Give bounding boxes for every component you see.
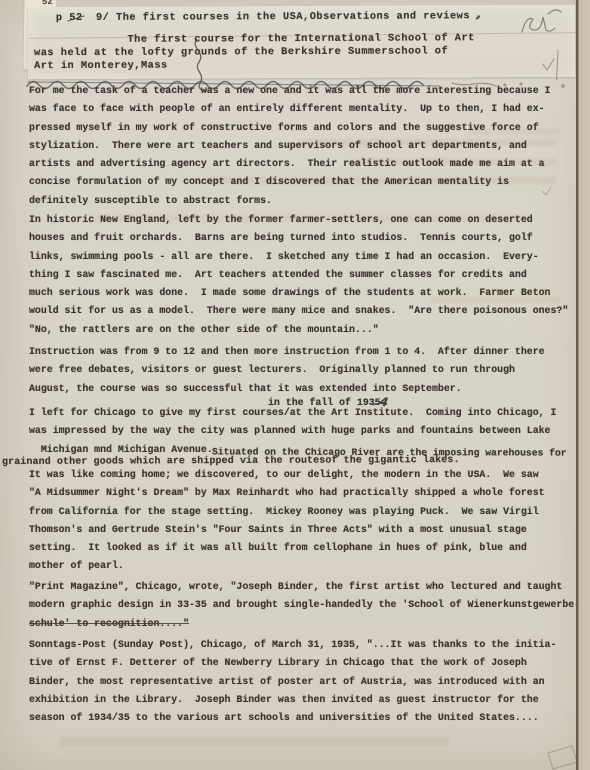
slip-paragraph: The first course for the International S… bbox=[34, 32, 475, 72]
paragraph-3: Instruction was from 9 to 12 and then mo… bbox=[29, 343, 545, 398]
paragraph-4-continued: It was like coming home; we discovered, … bbox=[29, 466, 545, 576]
bottom-corner-pencil-mark bbox=[548, 746, 577, 769]
page-number-struck: 52 bbox=[69, 12, 82, 25]
pasted-slip: p 52 9/ The first courses in the USA,Obs… bbox=[28, 5, 575, 79]
typescript-manuscript-page: 52 p 52 9/ The first courses in the USA,… bbox=[0, 0, 590, 770]
pencil-comma-mark: , bbox=[476, 9, 484, 23]
bleed-through-smudge bbox=[59, 737, 450, 746]
page-edge-shadow bbox=[576, 0, 590, 770]
header-title: 9/ The first courses in the USA,Observat… bbox=[83, 10, 470, 24]
header-prefix: p bbox=[56, 12, 69, 24]
paragraph-2: In historic New England, left by the for… bbox=[29, 211, 568, 339]
paragraph-6: Sonntags-Post (Sunday Post), Chicago, of… bbox=[29, 636, 556, 727]
chapter-header-line: p 52 9/ The first courses in the USA,Obs… bbox=[56, 9, 483, 25]
paragraph-1: For me the task of a teacher was a new o… bbox=[29, 82, 551, 210]
paragraph-5-struck-line: schule' to recognition...." bbox=[29, 615, 189, 633]
paragraph-5: "Print Magazine", Chicago, wrote, "Josep… bbox=[29, 578, 580, 615]
